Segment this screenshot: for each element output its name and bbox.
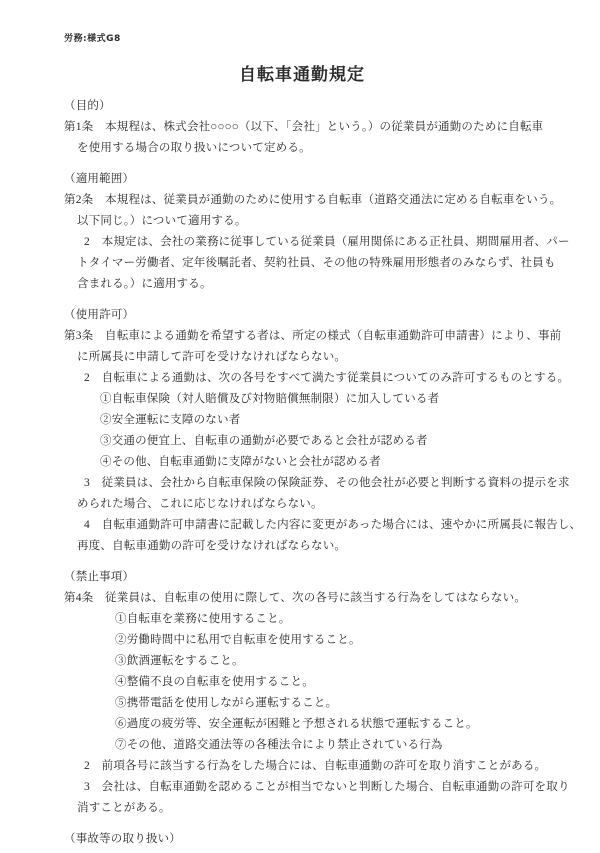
document-line: 3 会社は、自転車通勤を認めることが相当でないと判断した場合、自転車通勤の許可を…	[64, 777, 540, 798]
document-line: められた場合、これに応じなければならない。	[64, 494, 540, 515]
document-section: （使用許可）第3条 自転車による通勤を希望する者は、所定の様式（自転車通勤許可申…	[64, 305, 540, 557]
section-heading: （目的）	[64, 96, 540, 117]
document-line: ⑤携帯電話を使用しながら運転すること。	[64, 693, 540, 714]
document-line: ⑥過度の疲労等、安全運転が困難と予想される状態で運転すること。	[64, 714, 540, 735]
document-line: ②労働時間中に私用で自転車を使用すること。	[64, 630, 540, 651]
document-line: 4 自転車通勤許可申請書に記載した内容に変更があった場合には、速やかに所属長に報…	[64, 515, 540, 536]
document-line: ①自転車を業務に使用すること。	[64, 609, 540, 630]
document-line: ③飲酒運転をすること。	[64, 651, 540, 672]
section-heading: （適用範囲）	[64, 169, 540, 190]
document-line: トタイマー労働者、定年後嘱託者、契約社員、その他の特殊雇用形態者のみならず、社員…	[64, 253, 540, 274]
document-line: 第3条 自転車による通勤を希望する者は、所定の様式（自転車通勤許可申請書）により…	[64, 326, 540, 347]
document-line: 含まれる。）に適用する。	[64, 274, 540, 295]
document-line: 3 従業員は、会社から自転車保険の保険証券、その他会社が必要と判断する資料の提示…	[64, 473, 540, 494]
document-line: 2 本規定は、会社の業務に従事している従業員（雇用関係にある正社員、期間雇用者、…	[64, 232, 540, 253]
document-line: を使用する場合の取り扱いについて定める。	[64, 138, 540, 159]
form-number-label: 労務:様式G8	[64, 33, 540, 46]
document-section: （目的）第1条 本規程は、株式会社○○○○（以下、「会社」という。）の従業員が通…	[64, 96, 540, 159]
section-heading: （使用許可）	[64, 305, 540, 326]
document-line: ①自転車保険（対人賠償及び対物賠償無制限）に加入している者	[64, 389, 540, 410]
document-line: ③交通の便宜上、自転車の通勤が必要であると会社が認める者	[64, 431, 540, 452]
document-line: 消すことがある。	[64, 798, 540, 819]
section-heading: （事故等の取り扱い）	[64, 829, 540, 850]
section-heading: （禁止事項）	[64, 567, 540, 588]
document-line: 第1条 本規程は、株式会社○○○○（以下、「会社」という。）の従業員が通勤のため…	[64, 117, 540, 138]
document-line: ④その他、自転車通勤に支障がないと会社が認める者	[64, 452, 540, 473]
document-section: （禁止事項）第4条 従業員は、自転車の使用に際して、次の各号に該当する行為をして…	[64, 567, 540, 819]
document-title: 自転車通勤規定	[64, 63, 540, 87]
document-line: 以下同じ。）について適用する。	[64, 211, 540, 232]
document-page: 労務:様式G8 自転車通勤規定 （目的）第1条 本規程は、株式会社○○○○（以下…	[0, 0, 600, 853]
document-line: 2 前項各号に該当する行為をした場合には、自転車通勤の許可を取り消すことがある。	[64, 756, 540, 777]
document-line: 第4条 従業員は、自転車の使用に際して、次の各号に該当する行為をしてはならない。	[64, 588, 540, 609]
document-line: ④整備不良の自転車を使用すること。	[64, 672, 540, 693]
document-line: ⑦その他、道路交通法等の各種法令により禁止されている行為	[64, 735, 540, 756]
document-line: 2 自転車による通勤は、次の各号をすべて満たす従業員についてのみ許可するものとす…	[64, 368, 540, 389]
document-body: （目的）第1条 本規程は、株式会社○○○○（以下、「会社」という。）の従業員が通…	[64, 96, 540, 850]
document-line: 第2条 本規程は、従業員が通勤のために使用する自転車（道路交通法に定める自転車を…	[64, 190, 540, 211]
document-line: に所属長に申請して許可を受けなければならない。	[64, 347, 540, 368]
document-section: （適用範囲）第2条 本規程は、従業員が通勤のために使用する自転車（道路交通法に定…	[64, 169, 540, 295]
document-line: ②安全運転に支障のない者	[64, 410, 540, 431]
document-line: 再度、自転車通勤の許可を受けなければならない。	[64, 536, 540, 557]
document-section: （事故等の取り扱い）	[64, 829, 540, 850]
